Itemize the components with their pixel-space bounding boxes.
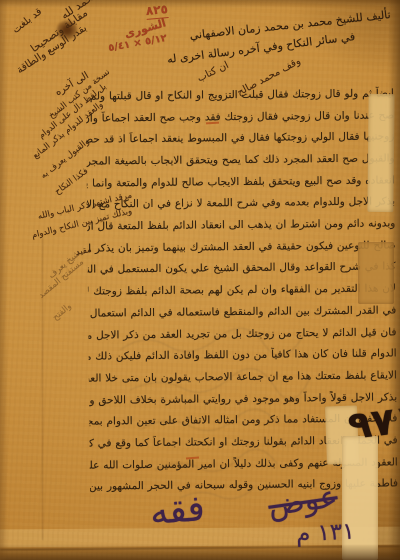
text-line: وبدونه دائم ومن اشترط ان يذهب الى انعقاد… xyxy=(87,216,395,233)
text-line: صح عندنا وان قال زوجني فقال زوجتك فقد وج… xyxy=(86,108,394,125)
margin-note: ان كتاب xyxy=(196,60,231,85)
margin-note: قد بلغت xyxy=(11,6,45,36)
text-line: الدوام قلنا فان كان هذا كافياً من دون ال… xyxy=(89,346,397,363)
page-edge-right xyxy=(388,0,400,560)
text-line: ايضاً ثم ولو قال زوجتك فقال قبلت التزويج… xyxy=(86,86,394,103)
manuscript-page: ٥٢٨ الشورى ٢١/٥ × ١٤/٥ تأليف للشيخ محمد … xyxy=(0,0,400,560)
text-line: لان هذا التقدير من الفقهاء وان لم يكن له… xyxy=(88,281,396,298)
vertical-fold-crease xyxy=(42,238,43,540)
text-line: كذا في شرح القواعد وقال المحقق الشيخ علي… xyxy=(88,259,396,276)
text-line: صالح للنوعين فيكون حقيقة في العقد المشتر… xyxy=(87,238,395,255)
text-line: الايقاع بلفظ متعتك هذا مع ان جماعة الاصح… xyxy=(89,368,397,385)
margin-gloss-faint: والفتح xyxy=(51,301,74,322)
page-edge-top xyxy=(0,0,400,8)
text-line: في القدر المشترك بين الدائم والمنقطع فاس… xyxy=(88,303,396,320)
text-line: فان قيل الدائم لا يحتاج من زوجتك بل من ت… xyxy=(88,325,396,342)
margin-gloss: فكذا النكاح xyxy=(53,166,90,197)
text-line: انعقاده وقد صح البيع ويتحقق بلفظ الايجاب… xyxy=(87,173,395,190)
page-edge-left xyxy=(0,0,8,560)
page-edge-bottom xyxy=(0,544,400,560)
text-line: بذكر الاجل وللدوام بعدمه وفي شرح اللمعة … xyxy=(87,194,395,211)
bottom-subject-word: فقه xyxy=(149,488,206,533)
text-line: زوجنيها فقال الولي زوجتكها فقال في المبس… xyxy=(86,129,394,146)
text-line: والقبول صح العقد المجرد ذلك كما يصح ويتح… xyxy=(87,151,395,168)
